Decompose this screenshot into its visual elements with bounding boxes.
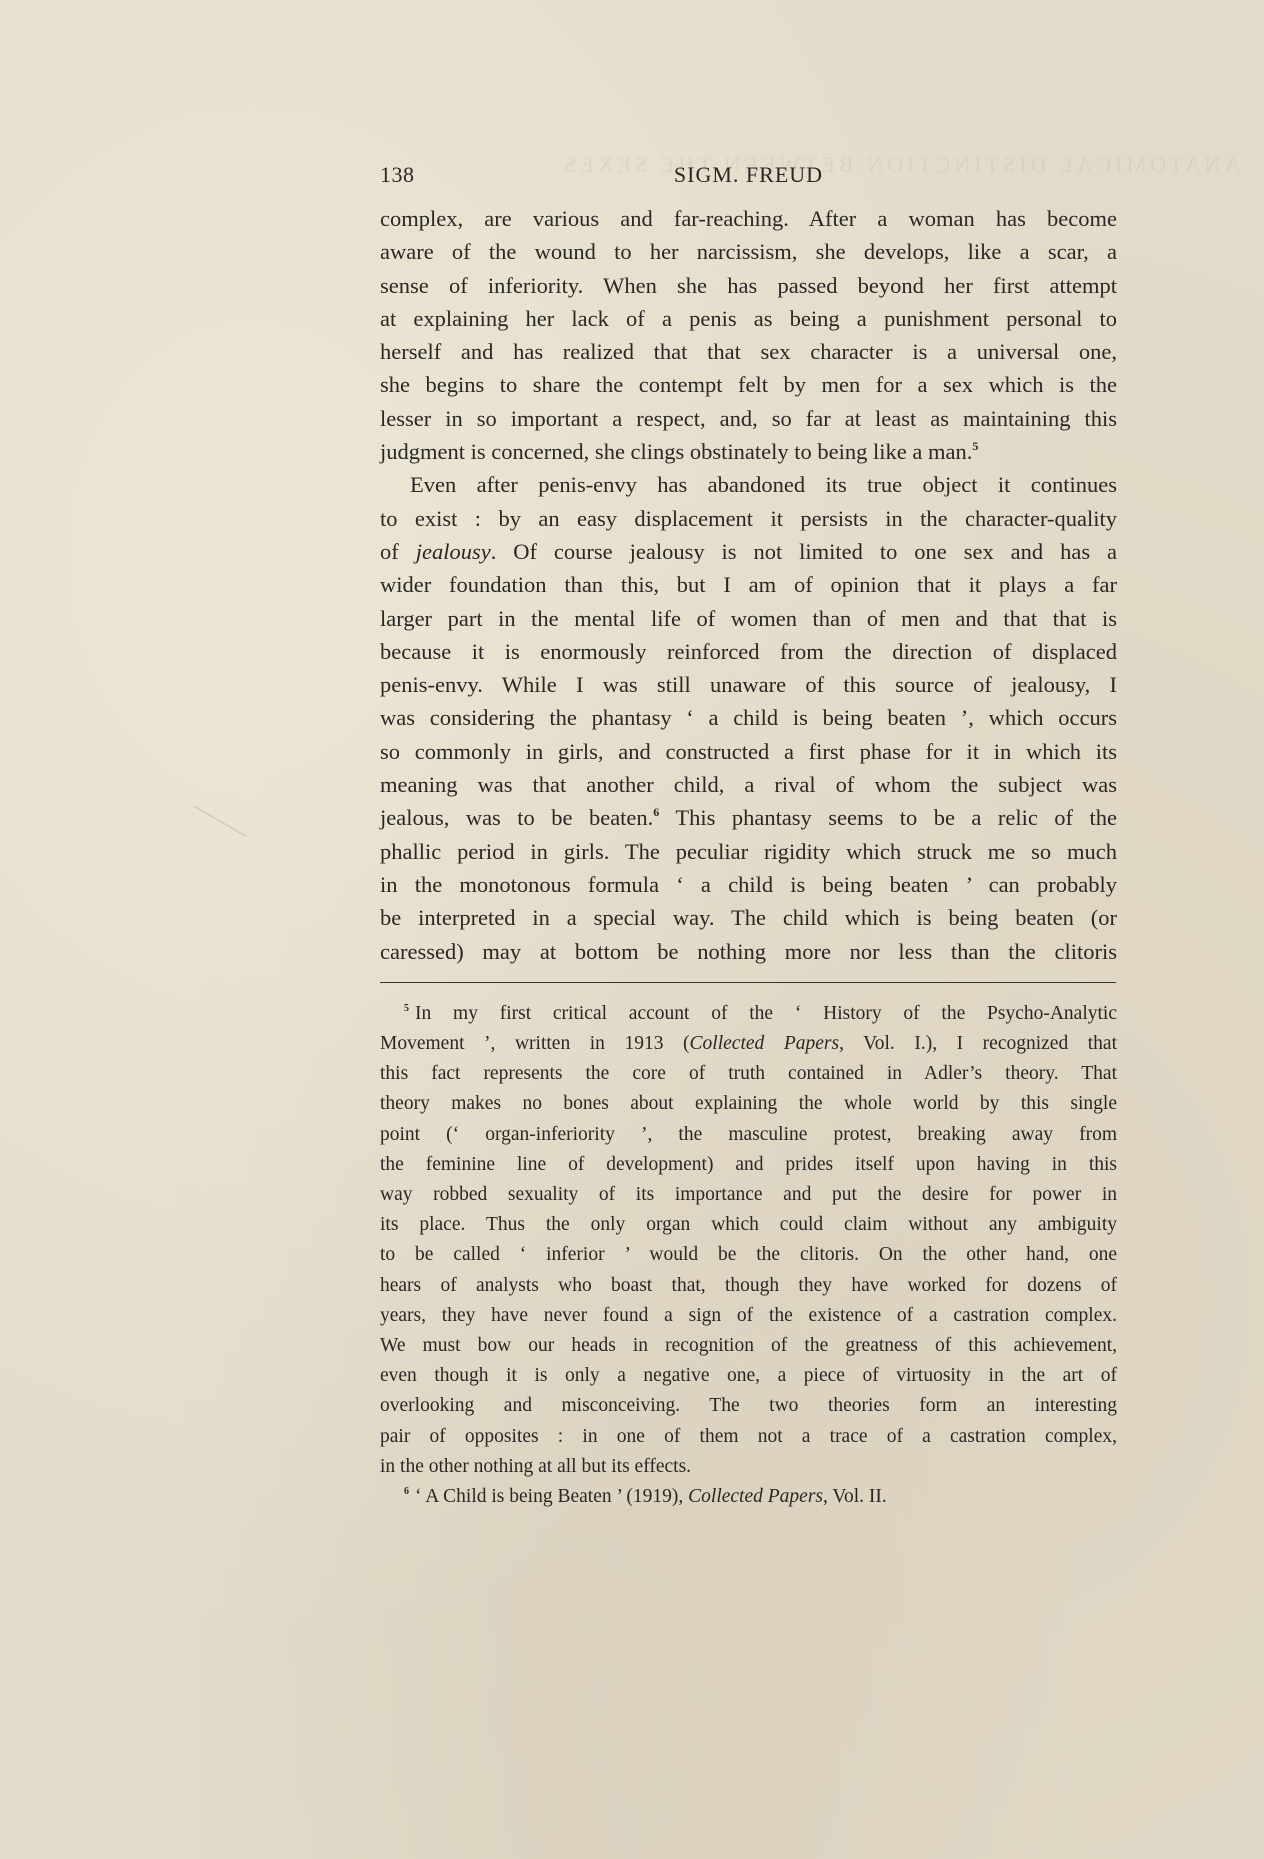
emphasis-jealousy: jealousy: [416, 539, 491, 564]
footnote-line: to be called ‘ inferior ’ would be the c…: [380, 1240, 1117, 1270]
footnote-marker: 6: [404, 1486, 409, 1497]
body-line: complex, are various and far-reaching. A…: [380, 202, 1117, 235]
footnote-line: point (‘ organ-inferiority ’, the mascul…: [380, 1120, 1117, 1150]
footnotes: 5In my first critical account of the ‘ H…: [380, 999, 1117, 1512]
citation-title: Collected Papers: [690, 1033, 840, 1054]
footnote-line: years, they have never found a sign of t…: [380, 1301, 1117, 1331]
body-text: complex, are various and far-reaching. A…: [380, 202, 1117, 968]
body-line: be interpreted in a special way. The chi…: [380, 901, 1117, 934]
footnote-line: pair of opposites : in one of them not a…: [380, 1422, 1117, 1452]
citation-title: Collected Papers: [688, 1486, 823, 1507]
body-line: because it is enormously reinforced from…: [380, 635, 1117, 668]
body-line: she begins to share the contempt felt by…: [380, 368, 1117, 401]
footnote-line: theory makes no bones about explaining t…: [380, 1089, 1117, 1119]
running-head: 138 SIGM. FREUD: [380, 160, 1117, 190]
body-line: so commonly in girls, and constructed a …: [380, 735, 1117, 768]
footnote-ref-5[interactable]: 5: [972, 439, 978, 453]
footnote-line: even though it is only a negative one, a…: [380, 1361, 1117, 1391]
footnote-line: 5In my first critical account of the ‘ H…: [380, 999, 1117, 1029]
body-line: aware of the wound to her narcissism, sh…: [380, 235, 1117, 268]
footnote-line: this fact represents the core of truth c…: [380, 1059, 1117, 1089]
footnote-divider: [380, 982, 1116, 983]
body-line: meaning was that another child, a rival …: [380, 768, 1117, 801]
footnote-6: 6‘ A Child is being Beaten ’ (1919), Col…: [380, 1482, 1117, 1512]
body-line: caressed) may at bottom be nothing more …: [380, 935, 1117, 968]
body-line: herself and has realized that that sex c…: [380, 335, 1117, 368]
body-line: jealous, was to be beaten.6 This phantas…: [380, 801, 1117, 834]
body-line: sense of inferiority. When she has passe…: [380, 269, 1117, 302]
footnote-line: Movement ’, written in 1913 (Collected P…: [380, 1029, 1117, 1059]
body-line: wider foundation than this, but I am of …: [380, 568, 1117, 601]
footnote-marker: 5: [404, 1003, 409, 1014]
body-line: of jealousy. Of course jealousy is not l…: [380, 535, 1117, 568]
body-line: was considering the phantasy ‘ a child i…: [380, 701, 1117, 734]
footnote-line: overlooking and misconceiving. The two t…: [380, 1391, 1117, 1421]
body-line: at explaining her lack of a penis as bei…: [380, 302, 1117, 335]
body-line: larger part in the mental life of women …: [380, 602, 1117, 635]
footnote-line: We must bow our heads in recognition of …: [380, 1331, 1117, 1361]
body-line: Even after penis-envy has abandoned its …: [380, 468, 1117, 501]
footnote-line: in the other nothing at all but its effe…: [380, 1452, 1117, 1482]
body-line: lesser in so important a respect, and, s…: [380, 402, 1117, 435]
body-line: to exist : by an easy displacement it pe…: [380, 502, 1117, 535]
margin-pencil-mark: [174, 806, 246, 872]
running-title: SIGM. FREUD: [380, 160, 1117, 190]
book-page: 138 SIGM. FREUD complex, are various and…: [380, 160, 1117, 1512]
body-line: in the monotonous formula ‘ a child is b…: [380, 868, 1117, 901]
footnote-line: way robbed sexuality of its importance a…: [380, 1180, 1117, 1210]
body-line: judgment is concerned, she clings obstin…: [380, 435, 1117, 468]
footnote-line: hears of analysts who boast that, though…: [380, 1271, 1117, 1301]
body-line: phallic period in girls. The peculiar ri…: [380, 835, 1117, 868]
footnote-5: 5In my first critical account of the ‘ H…: [380, 999, 1117, 1482]
footnote-line: its place. Thus the only organ which cou…: [380, 1210, 1117, 1240]
body-line: penis-envy. While I was still unaware of…: [380, 668, 1117, 701]
footnote-line: the feminine line of development) and pr…: [380, 1150, 1117, 1180]
footnote-line: 6‘ A Child is being Beaten ’ (1919), Col…: [380, 1482, 1117, 1512]
